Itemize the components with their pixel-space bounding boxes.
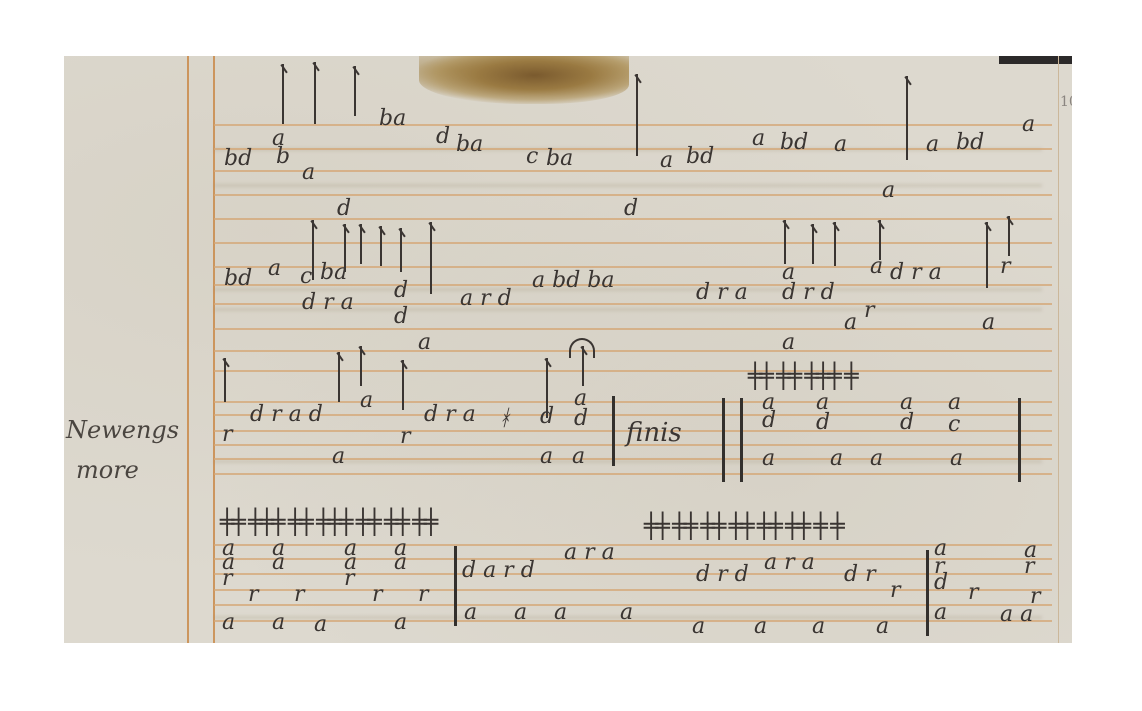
- fermata-icon: [569, 338, 595, 358]
- finis-marking: finis: [626, 418, 682, 448]
- binding-edge: [999, 56, 1072, 64]
- water-stain: [419, 56, 629, 104]
- margin-title-line-2: more: [76, 456, 139, 484]
- right-page-edge: [1058, 56, 1059, 643]
- page-number: 10: [1060, 94, 1072, 110]
- margin-title-line-1: Newengs: [66, 416, 179, 444]
- margin-rule-left: [187, 56, 189, 643]
- manuscript-page: 10: [64, 56, 1072, 643]
